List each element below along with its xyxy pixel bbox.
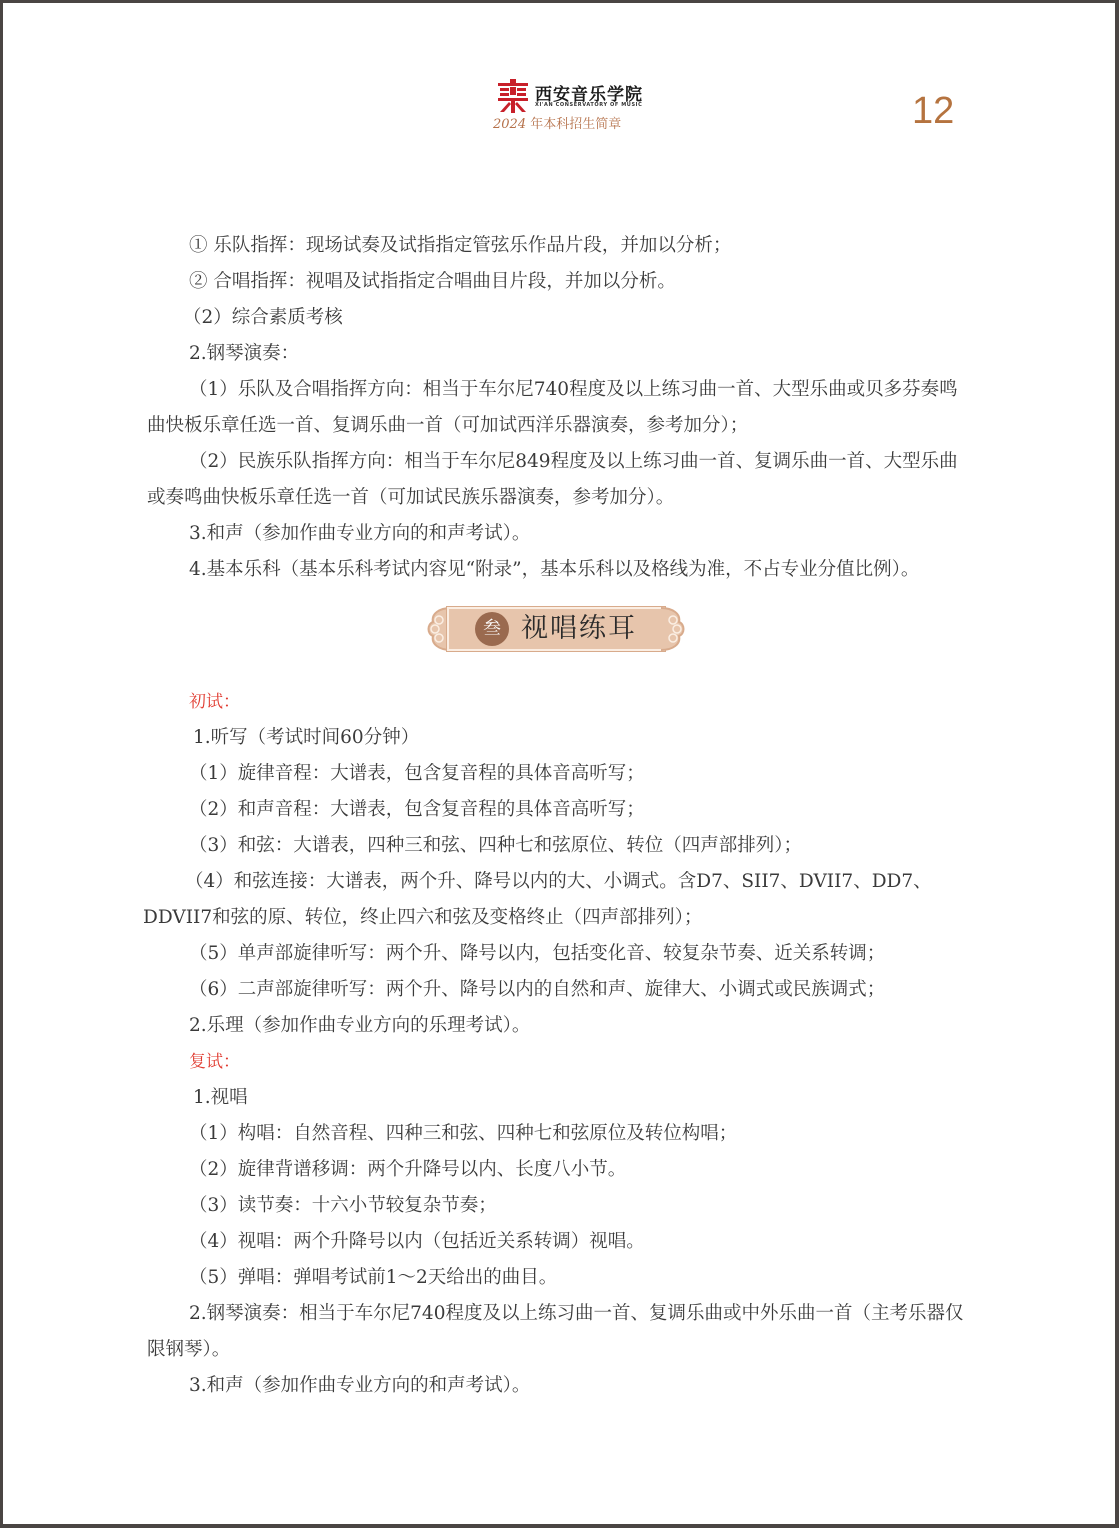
paragraph: 4.基本乐科（基本乐科考试内容见“附录”，基本乐科以及格线为准，不占专业分值比例…: [147, 552, 973, 588]
list-item: （2）和声音程：大谱表，包含复音程的具体音高听写；: [147, 792, 973, 828]
retest-heading: 复试：: [147, 1044, 973, 1080]
list-item: （1）旋律音程：大谱表，包含复音程的具体音高听写；: [147, 756, 973, 792]
paragraph: ② 合唱指挥：视唱及试指指定合唱曲目片段，并加以分析。: [147, 264, 973, 300]
list-item: 1.视唱: [147, 1080, 973, 1116]
list-item: （4）视唱：两个升降号以内（包括近关系转调）视唱。: [147, 1224, 973, 1260]
list-item: 2.钢琴演奏：相当于车尔尼740程度及以上练习曲一首、复调乐曲或中外乐曲一首（主…: [147, 1296, 973, 1368]
list-item: 1.听写（考试时间60分钟）: [147, 720, 973, 756]
list-item: （4）和弦连接：大谱表，两个升、降号以内的大、小调式。含D7、SII7、DVII…: [143, 864, 973, 936]
paragraph: （1）乐队及合唱指挥方向：相当于车尔尼740程度及以上练习曲一首、大型乐曲或贝多…: [147, 372, 973, 444]
list-item: （2）旋律背谱移调：两个升降号以内、长度八小节。: [147, 1152, 973, 1188]
list-item: （5）弹唱：弹唱考试前1～2天给出的曲目。: [147, 1260, 973, 1296]
list-item: 3.和声（参加作曲专业方向的和声考试）。: [147, 1368, 973, 1404]
page-header: 西安音乐学院 XI'AN CONSERVATORY OF MUSIC 2024 …: [493, 76, 643, 136]
list-item: （3）和弦：大谱表，四种三和弦、四种七和弦原位、转位（四声部排列）；: [147, 828, 973, 864]
conservatory-name-en: XI'AN CONSERVATORY OF MUSIC: [535, 102, 642, 108]
list-item: （3）读节奏：十六小节较复杂节奏；: [147, 1188, 973, 1224]
section-number-badge: 叁: [475, 612, 509, 646]
brochure-subtitle: 2024 年本科招生简章: [493, 113, 621, 132]
paragraph: 2.钢琴演奏：: [147, 336, 973, 372]
conservatory-logo-icon: [497, 79, 529, 113]
brochure-year: 2024: [493, 117, 526, 132]
list-item: （6）二声部旋律听写：两个升、降号以内的自然和声、旋律大、小调式或民族调式；: [147, 972, 973, 1008]
paragraph: 3.和声（参加作曲专业方向的和声考试）。: [147, 516, 973, 552]
section-banner: 叁 视唱练耳: [425, 602, 687, 656]
section-banner-row: 叁 视唱练耳: [147, 588, 973, 684]
page-number: 12: [912, 90, 954, 133]
list-item: （5）单声部旋律听写：两个升、降号以内，包括变化音、较复杂节奏、近关系转调；: [147, 936, 973, 972]
paragraph: （2）综合素质考核: [147, 300, 973, 336]
preliminary-heading: 初试：: [147, 684, 973, 720]
page-content: ① 乐队指挥：现场试奏及试指指定管弦乐作品片段，并加以分析； ② 合唱指挥：视唱…: [147, 228, 973, 1404]
brochure-title: 年本科招生简章: [526, 117, 621, 132]
list-item: （1）构唱：自然音程、四种三和弦、四种七和弦原位及转位构唱；: [147, 1116, 973, 1152]
paragraph: ① 乐队指挥：现场试奏及试指指定管弦乐作品片段，并加以分析；: [147, 228, 973, 264]
scroll-ornament-icon: [657, 602, 687, 656]
paragraph: （2）民族乐队指挥方向：相当于车尔尼849程度及以上练习曲一首、复调乐曲一首、大…: [147, 444, 973, 516]
section-title: 视唱练耳: [521, 610, 637, 648]
list-item: 2.乐理（参加作曲专业方向的乐理考试）。: [147, 1008, 973, 1044]
